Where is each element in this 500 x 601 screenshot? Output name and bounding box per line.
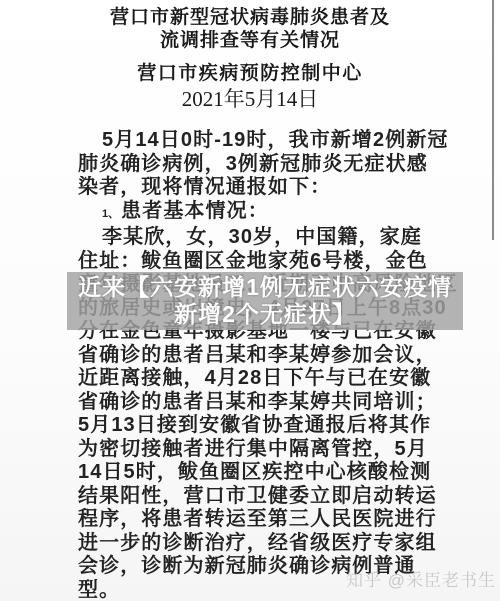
- document-date: 2021年5月14日: [0, 87, 500, 111]
- body-line: 近距离接触，4月28日下午与已在安徽: [78, 367, 458, 391]
- headline-overlay-banner: 近来【六安新增1例无症状六安疫情 新增2个无症状】: [67, 272, 463, 330]
- body-line: 1、患者基本情况：: [78, 200, 458, 227]
- body-line: 省确诊的患者吕某和李某婷共同培训；: [78, 391, 458, 415]
- body-line: 为密切接触者进行集中隔离管控，5月: [78, 438, 458, 462]
- body-line: 进一步的诊断治疗，经省级医疗专家组: [78, 532, 458, 556]
- list-number-prefix: 1、: [102, 208, 119, 220]
- body-line: 程序，将患者转运至第三人民医院进行: [78, 508, 458, 532]
- body-line: 结果阳性，营口市卫健委立即启动转运: [78, 485, 458, 509]
- body-line: 李某欣，女，30岁，中国籍，家庭: [78, 226, 458, 250]
- headline-overlay-line2: 新增2个无症状】: [174, 301, 356, 328]
- headline-overlay-line1: 近来【六安新增1例无症状六安疫情: [78, 274, 452, 301]
- body-line: 5月14日0时-19时，我市新增2例新冠: [78, 129, 458, 153]
- body-line: 5月13日接到安徽省协查通报后将其作: [78, 414, 458, 438]
- body-line: 住址：鲅鱼圈区金地家苑6号楼，金色: [78, 250, 458, 274]
- body-line: 染者，现将情况通报如下：: [78, 176, 458, 200]
- body-line: 省确诊的患者吕某和李某婷参加会议，: [78, 344, 458, 368]
- document-photo: 营口市新型冠状病毒肺炎患者及 流调排查等有关情况 营口市疾病预防控制中心 202…: [0, 0, 500, 601]
- document-body: 5月14日0时-19时，我市新增2例新冠肺炎确诊病例，3例新冠肺炎无症状感染者，…: [78, 129, 458, 601]
- body-line: 肺炎确诊病例，3例新冠肺炎无症状感: [78, 153, 458, 177]
- document-title-line1: 营口市新型冠状病毒肺炎患者及: [0, 6, 500, 29]
- body-line: 14日5时，鲅鱼圈区疾控中心核酸检测: [78, 461, 458, 485]
- watermark-credit: 知乎 @采臣老书生: [346, 571, 496, 591]
- document-title-line2: 流调排查等有关情况: [0, 29, 500, 52]
- issuing-organization: 营口市疾病预防控制中心: [0, 62, 500, 86]
- document-title: 营口市新型冠状病毒肺炎患者及 流调排查等有关情况: [0, 6, 500, 52]
